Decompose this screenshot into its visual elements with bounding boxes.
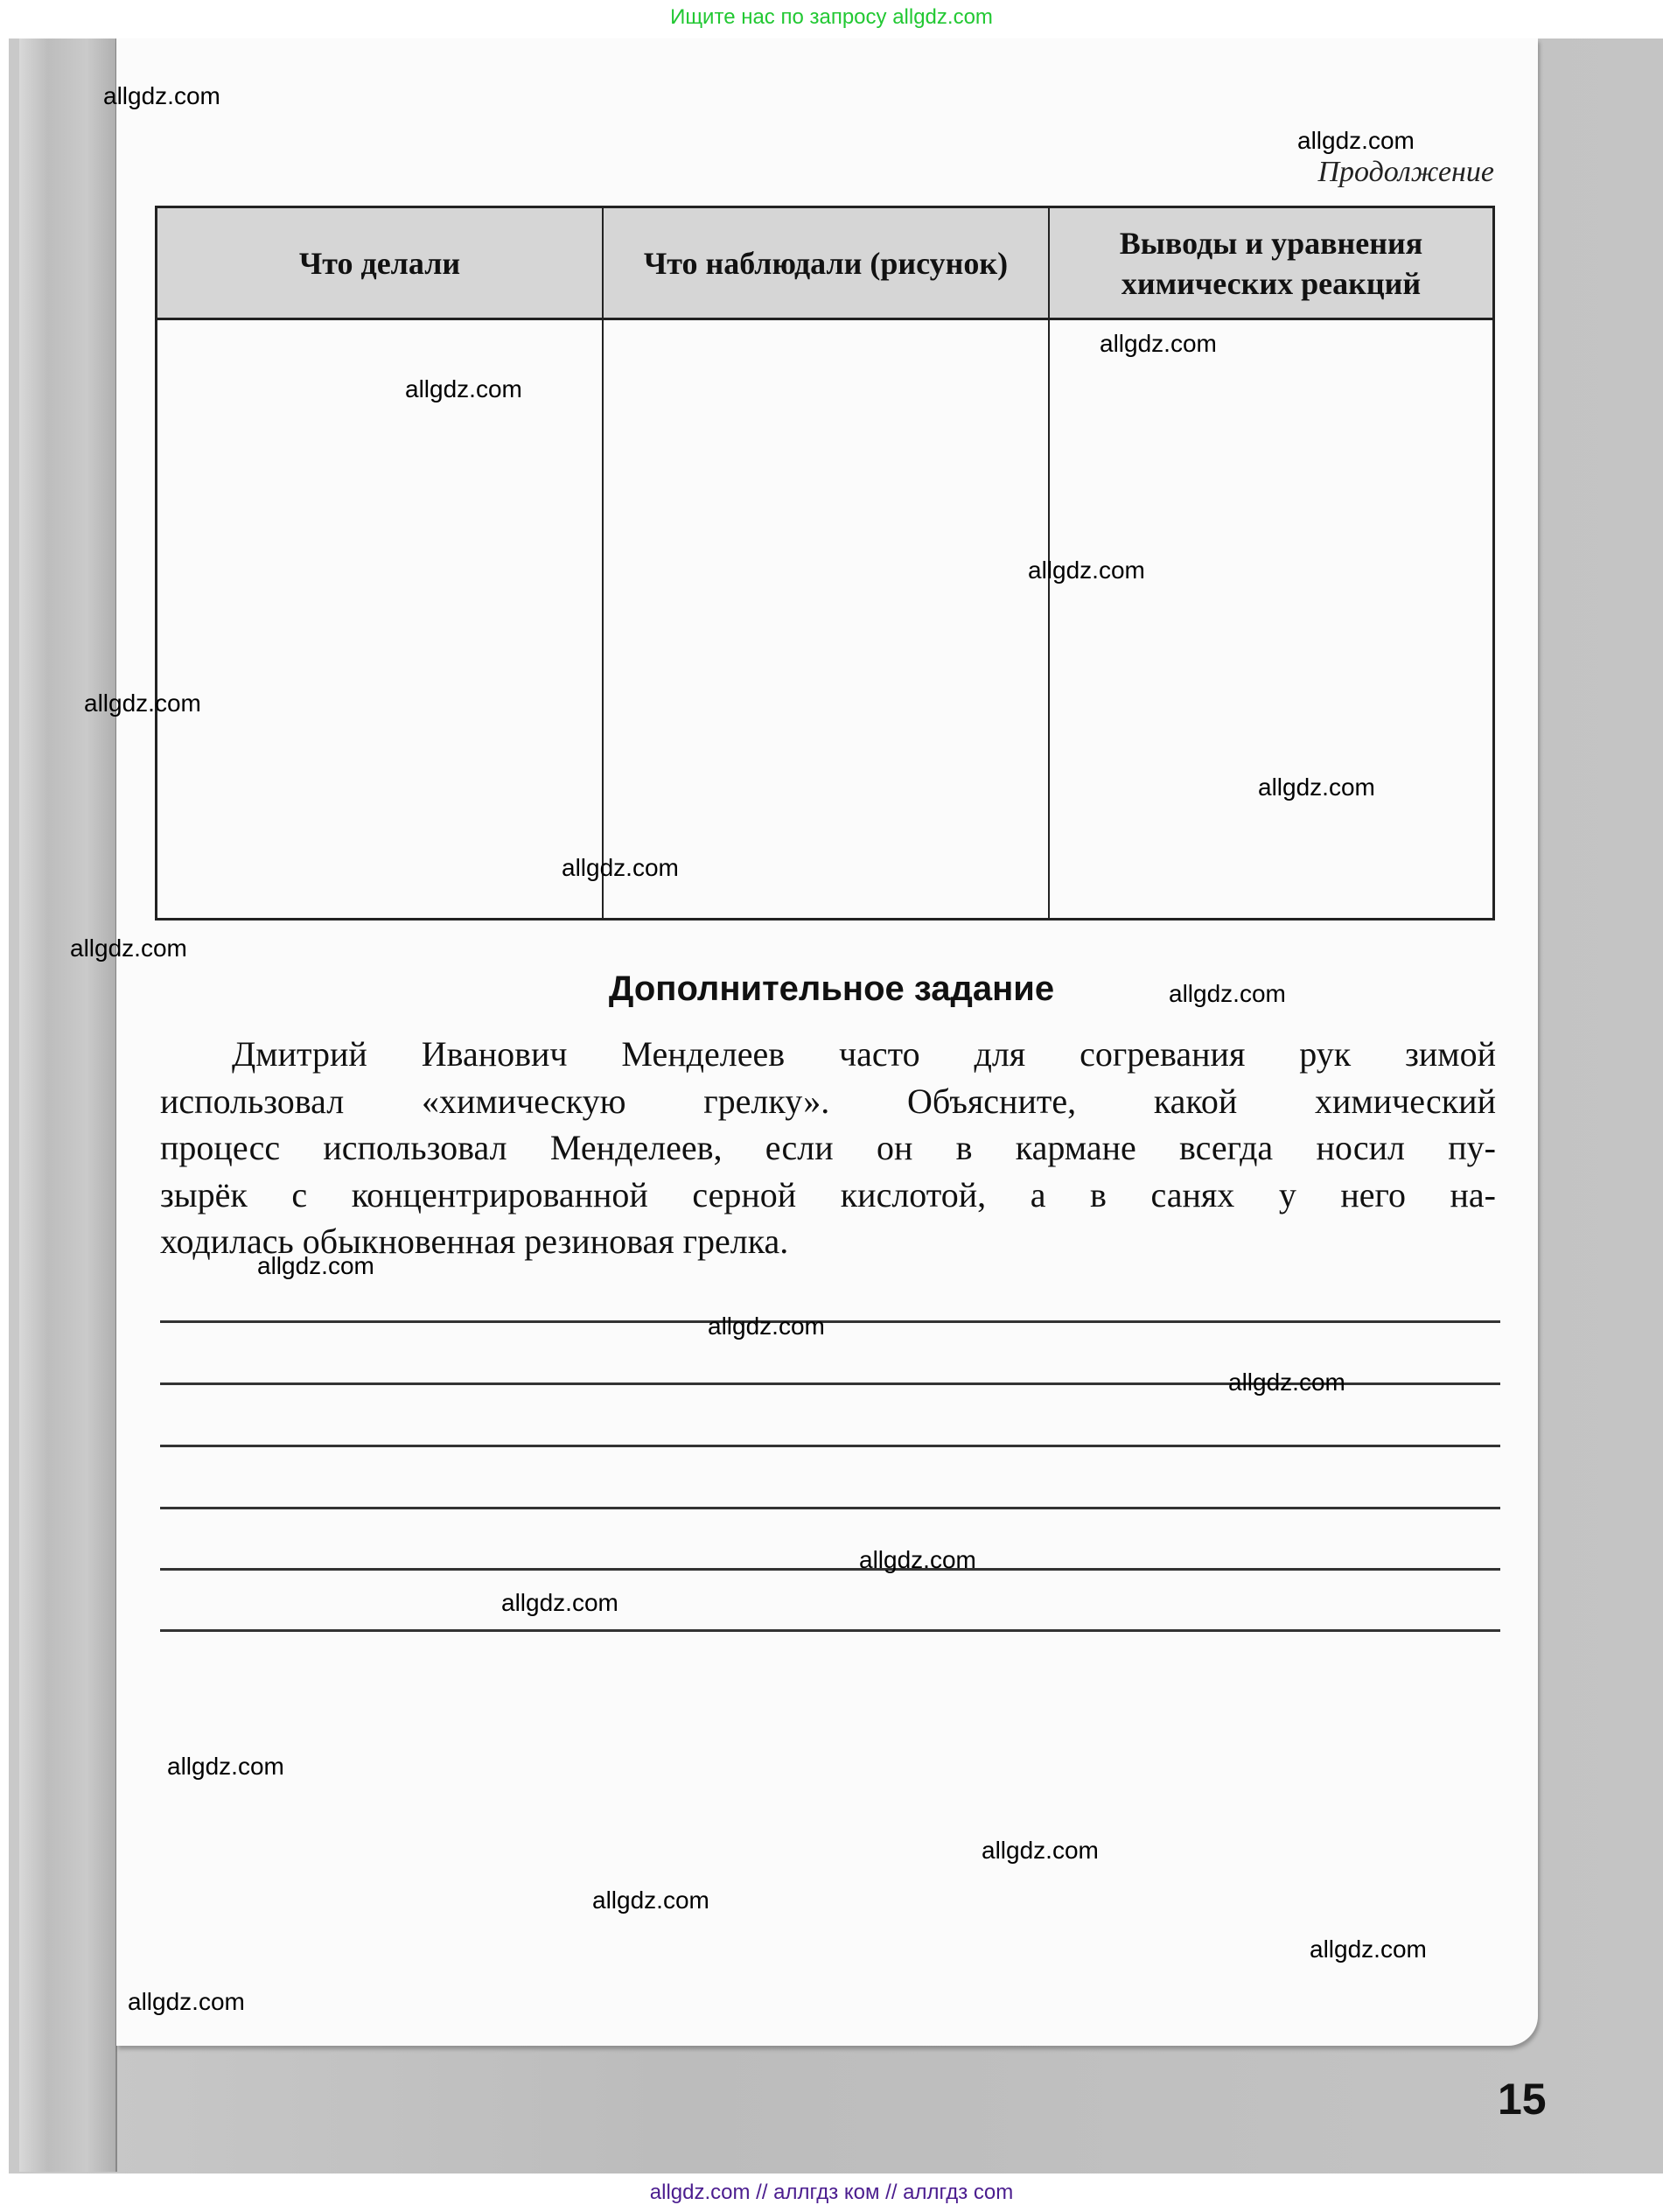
watermark-text: allgdz.com (1310, 1937, 1427, 1962)
answer-line[interactable] (160, 1445, 1500, 1447)
answer-line[interactable] (160, 1320, 1500, 1323)
watermark-text: allgdz.com (501, 1591, 618, 1615)
answer-line[interactable] (160, 1629, 1500, 1632)
additional-task-title: Дополнительное задание (0, 969, 1663, 1009)
search-banner-text: Ищите нас по запросу allgdz.com (670, 5, 993, 29)
watermark-text: allgdz.com (708, 1314, 825, 1339)
column-header-conclusions: Выводы и уравнения химических реакций (1050, 208, 1492, 320)
additional-task-text: Дмитрий Иванович Менделеев часто для сог… (160, 1031, 1496, 1265)
watermark-text: allgdz.com (257, 1254, 374, 1278)
lab-report-table: Что делали Что наблюдали (рисунок) Вывод… (155, 206, 1495, 920)
watermark-text: allgdz.com (1028, 558, 1145, 583)
continuation-label: Продолжение (1317, 156, 1494, 189)
search-banner: Ищите нас по запросу allgdz.com (0, 0, 1663, 38)
column-header-what-done: Что делали (157, 208, 604, 320)
watermark-text: allgdz.com (562, 856, 679, 880)
watermark-text: allgdz.com (859, 1548, 976, 1572)
watermark-text: allgdz.com (1258, 775, 1375, 800)
watermark-text: allgdz.com (592, 1888, 709, 1913)
table-cell-conclusions[interactable] (1050, 320, 1492, 918)
column-header-observed: Что наблюдали (рисунок) (604, 208, 1050, 320)
watermark-text: allgdz.com (128, 1990, 245, 2014)
watermark-text: allgdz.com (1297, 129, 1415, 153)
watermark-text: allgdz.com (1169, 982, 1286, 1006)
watermark-text: allgdz.com (405, 377, 522, 402)
watermark-text: allgdz.com (982, 1838, 1099, 1863)
watermark-text: allgdz.com (84, 691, 201, 716)
footer-text: allgdz.com // аллгдз ком // аллгдз com (650, 2180, 1013, 2204)
book-spine-edge (19, 38, 117, 2172)
answer-line[interactable] (160, 1568, 1500, 1571)
task-text-line: Дмитрий Иванович Менделеев часто для сог… (160, 1031, 1496, 1078)
page-number: 15 (1498, 2074, 1547, 2124)
table-cell-observed[interactable] (604, 320, 1050, 918)
watermark-text: allgdz.com (1228, 1370, 1345, 1395)
table-cell-what-done[interactable] (157, 320, 604, 918)
watermark-text: allgdz.com (103, 84, 220, 108)
answer-line[interactable] (160, 1507, 1500, 1509)
watermark-text: allgdz.com (70, 936, 187, 961)
watermark-text: allgdz.com (167, 1754, 284, 1779)
footer-banner: allgdz.com // аллгдз ком // аллгдз com (0, 2173, 1663, 2212)
task-text-line: процесс использовал Менделеев, если он в… (160, 1124, 1496, 1172)
task-text-line: зырёк с концентрированной серной кислото… (160, 1172, 1496, 1219)
task-text-line: использовал «химическую грелку». Объясни… (160, 1078, 1496, 1125)
watermark-text: allgdz.com (1100, 332, 1217, 356)
